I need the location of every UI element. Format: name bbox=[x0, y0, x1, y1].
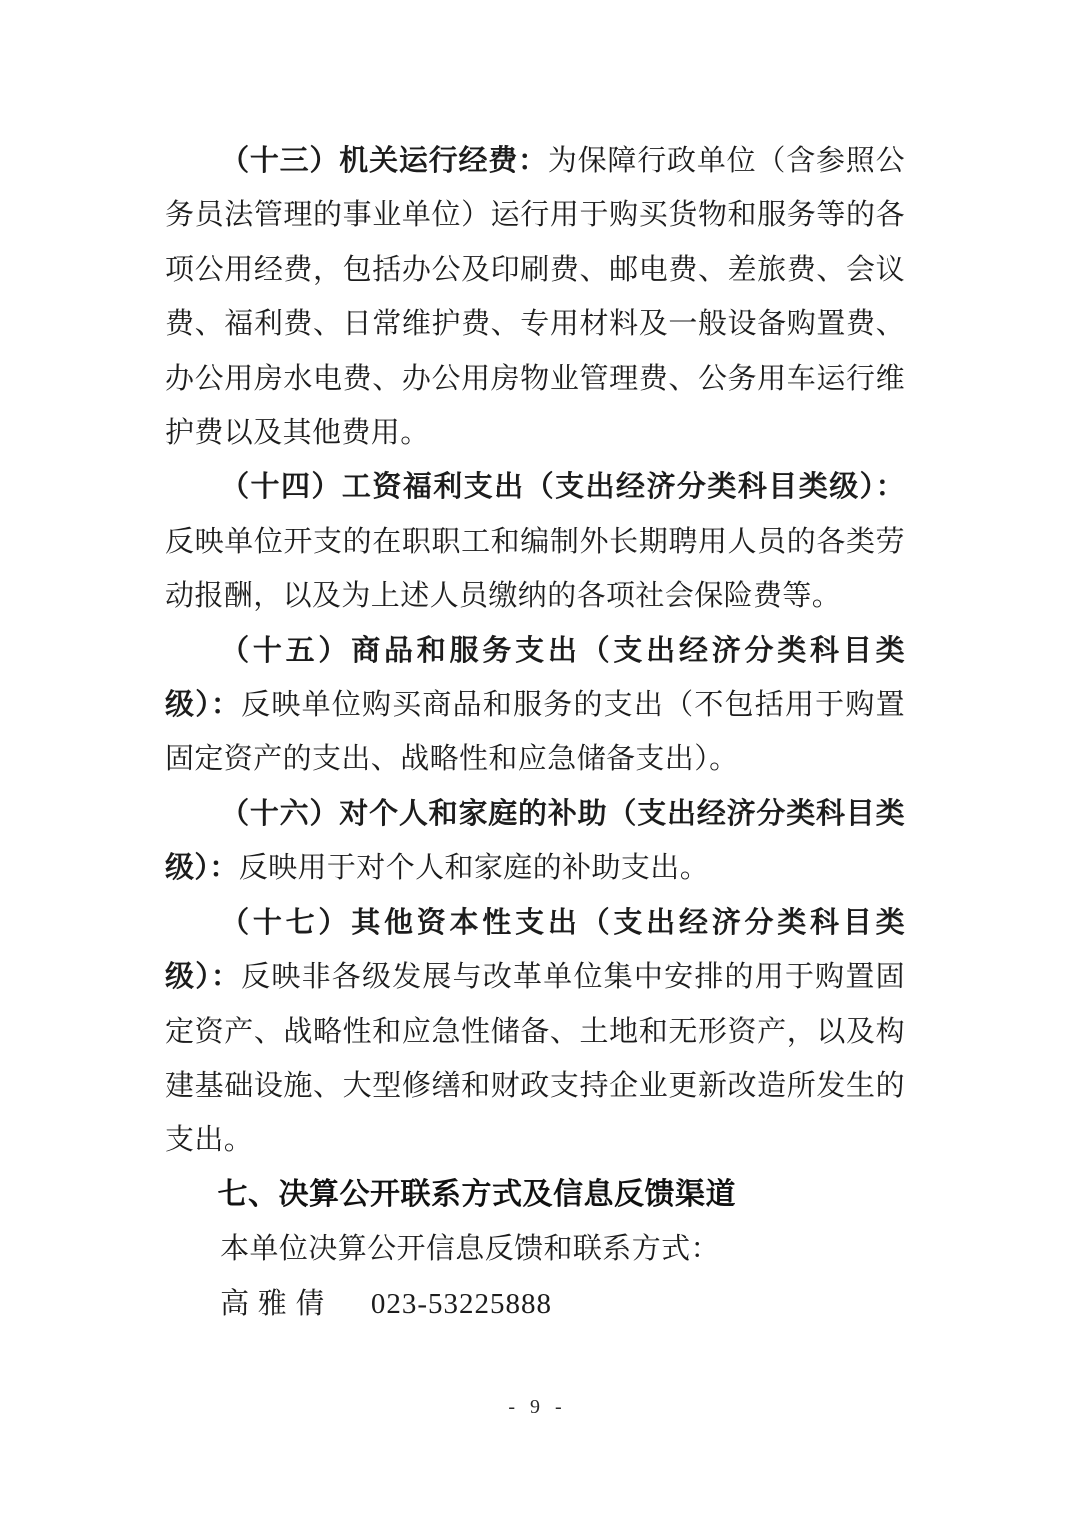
paragraph-17-text: 反映非各级发展与改革单位集中安排的用于购置固定资产、战略性和应急性储备、土地和无… bbox=[165, 961, 905, 1156]
paragraph-13-lead: （十三）机关运行经费： bbox=[220, 145, 548, 177]
paragraph-16-text: 反映用于对个人和家庭的补助支出。 bbox=[239, 852, 709, 884]
document-body: （十三）机关运行经费：为保障行政单位（含参照公务员法管理的事业单位）运行用于购买… bbox=[165, 134, 905, 1331]
page-number: - 9 - bbox=[0, 1396, 1075, 1419]
paragraph-13-text: 为保障行政单位（含参照公务员法管理的事业单位）运行用于购买货物和服务等的各项公用… bbox=[165, 145, 905, 449]
paragraph-item-16: （十六）对个人和家庭的补助（支出经济分类科目类级）：反映用于对个人和家庭的补助支… bbox=[165, 787, 905, 896]
paragraph-item-13: （十三）机关运行经费：为保障行政单位（含参照公务员法管理的事业单位）运行用于购买… bbox=[165, 134, 905, 460]
paragraph-15-text: 反映单位购买商品和服务的支出（不包括用于购置固定资产的支出、战略性和应急储备支出… bbox=[165, 689, 905, 775]
paragraph-item-17: （十七）其他资本性支出（支出经济分类科目类级）：反映非各级发展与改革单位集中安排… bbox=[165, 896, 905, 1168]
contact-line: 高雅倩023-53225888 bbox=[165, 1277, 905, 1331]
paragraph-14-text: 反映单位开支的在职职工和编制外长期聘用人员的各类劳动报酬，以及为上述人员缴纳的各… bbox=[165, 526, 905, 612]
section-heading: 七、决算公开联系方式及信息反馈渠道 bbox=[165, 1168, 905, 1222]
contact-phone: 023-53225888 bbox=[371, 1288, 552, 1320]
paragraph-item-15: （十五）商品和服务支出（支出经济分类科目类级）：反映单位购买商品和服务的支出（不… bbox=[165, 624, 905, 787]
document-page: （十三）机关运行经费：为保障行政单位（含参照公务员法管理的事业单位）运行用于购买… bbox=[0, 0, 1075, 1520]
paragraph-item-14: （十四）工资福利支出（支出经济分类科目类级）：反映单位开支的在职职工和编制外长期… bbox=[165, 460, 905, 623]
paragraph-14-lead: （十四）工资福利支出（支出经济分类科目类级）： bbox=[220, 471, 905, 503]
contact-name: 高雅倩 bbox=[220, 1288, 333, 1320]
contact-intro: 本单位决算公开信息反馈和联系方式： bbox=[165, 1222, 905, 1276]
